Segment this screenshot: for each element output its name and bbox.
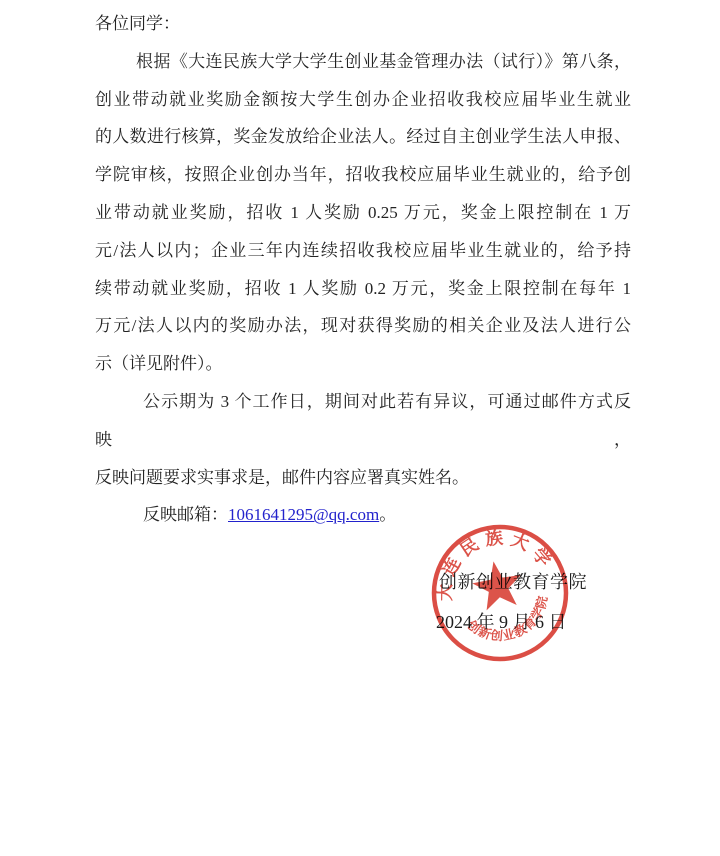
body-line: 万元/法人以内的奖励办法，现对获得奖励的相关企业及法人进行公 <box>95 307 631 345</box>
document-page: 各位同学： 根据《大连民族大学大学生创业基金管理办法（试行）》第八条， 创业带动… <box>0 0 720 856</box>
email-label: 反映邮箱： <box>143 505 228 524</box>
official-seal: 大连民族大学 创新创业教育学院 <box>428 519 572 667</box>
email-link[interactable]: 1061641295@qq.com <box>228 505 379 524</box>
body-line: 续带动就业奖励，招收 1 人奖励 0.2 万元，奖金上限控制在每年 1 <box>95 270 631 308</box>
notice-body: 各位同学： 根据《大连民族大学大学生创业基金管理办法（试行）》第八条， 创业带动… <box>95 5 631 534</box>
body-line: 的人数进行核算，奖金发放给企业法人。经过自主创业学生法人申报、 <box>95 118 631 156</box>
body-line: 示（详见附件）。 <box>95 345 631 383</box>
body-line: 业带动就业奖励，招收 1 人奖励 0.25 万元，奖金上限控制在 1 万 <box>95 194 631 232</box>
body-line: 创业带动就业奖励金额按大学生创办企业招收我校应届毕业生就业 <box>95 81 631 119</box>
body-line: 反映问题要求实事求是，邮件内容应署真实姓名。 <box>95 459 631 497</box>
email-suffix: 。 <box>379 505 396 524</box>
body-line: 学院审核，按照企业创办当年，招收我校应届毕业生就业的，给予创 <box>95 156 631 194</box>
seal-star <box>469 557 526 612</box>
body-line: 公示期为 3 个工作日，期间对此若有异议，可通过邮件方式反映， <box>95 383 631 459</box>
body-line: 元/法人以内；企业三年内连续招收我校应届毕业生就业的，给予持 <box>95 232 631 270</box>
body-line: 根据《大连民族大学大学生创业基金管理办法（试行）》第八条， <box>95 43 631 81</box>
salutation: 各位同学： <box>95 5 631 43</box>
